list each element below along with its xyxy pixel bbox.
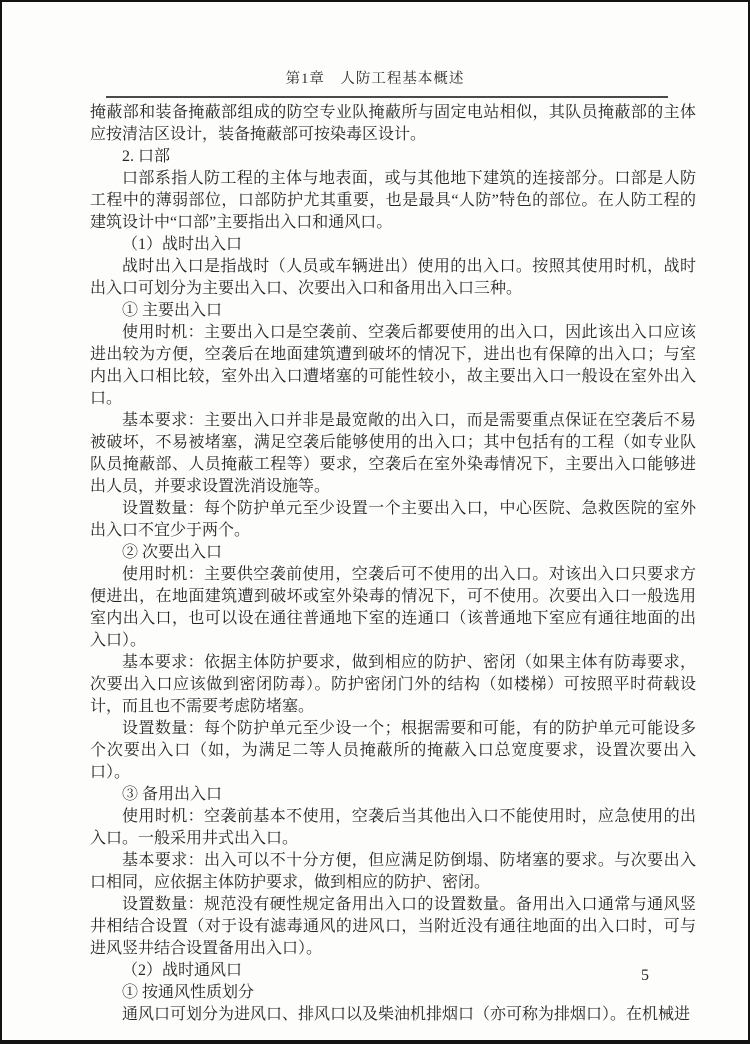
paragraph: ② 次要出入口 xyxy=(90,542,696,564)
paragraph: 设置数量：规范没有硬性规定备用出入口的设置数量。备用出入口通常与通风竖井相结合设… xyxy=(90,894,696,960)
paragraph: 基本要求：依据主体防护要求，做到相应的防护、密闭（如果主体有防毒要求，次要出入口… xyxy=(90,652,696,718)
paragraph: （2）战时通风口 xyxy=(90,960,696,982)
paragraph: 基本要求：出入可以不十分方便，但应满足防倒塌、防堵塞的要求。与次要出入口相同，应… xyxy=(90,850,696,894)
paragraph: 设置数量：每个防护单元至少设置一个主要出入口，中心医院、急救医院的室外出入口不宜… xyxy=(90,498,696,542)
page-body: 掩蔽部和装备掩蔽部组成的防空专业队掩蔽所与固定电站相似，其队员掩蔽部的主体应按清… xyxy=(90,102,696,1026)
paragraph: 口部系指人防工程的主体与地表面，或与其他地下建筑的连接部分。口部是人防工程中的薄… xyxy=(90,168,696,234)
running-header: 第1章 人防工程基本概述 xyxy=(2,67,748,88)
paragraph: 设置数量：每个防护单元至少设一个；根据需要和可能，有的防护单元可能设多个次要出入… xyxy=(90,718,696,784)
paragraph: 使用时机：主要出入口是空袭前、空袭后都要使用的出入口，因此该出入口应该进出较为方… xyxy=(90,322,696,410)
page-number: 5 xyxy=(641,967,649,985)
header-rule xyxy=(106,96,668,98)
paragraph: ① 主要出入口 xyxy=(90,300,696,322)
paragraph: ① 按通风性质划分 xyxy=(90,982,696,1004)
paragraph: ③ 备用出入口 xyxy=(90,784,696,806)
paragraph: 通风口可划分为进风口、排风口以及柴油机排烟口（亦可称为排烟口）。在机械进 xyxy=(90,1004,696,1026)
paragraph: 使用时机：空袭前基本不使用，空袭后当其他出入口不能使用时，应急使用的出入口。一般… xyxy=(90,806,696,850)
paragraph: 基本要求：主要出入口并非是最宽敞的出入口，而是需要重点保证在空袭后不易被破坏，不… xyxy=(90,410,696,498)
paragraph: 2. 口部 xyxy=(90,146,696,168)
book-page: 第1章 人防工程基本概述 掩蔽部和装备掩蔽部组成的防空专业队掩蔽所与固定电站相似… xyxy=(0,0,750,1044)
paragraph: （1）战时出入口 xyxy=(90,234,696,256)
paragraph: 战时出入口是指战时（人员或车辆进出）使用的出入口。按照其使用时机，战时出入口可划… xyxy=(90,256,696,300)
paragraph: 使用时机：主要供空袭前使用，空袭后可不使用的出入口。对该出入口只要求方便进出，在… xyxy=(90,564,696,652)
paragraph: 掩蔽部和装备掩蔽部组成的防空专业队掩蔽所与固定电站相似，其队员掩蔽部的主体应按清… xyxy=(90,102,696,146)
